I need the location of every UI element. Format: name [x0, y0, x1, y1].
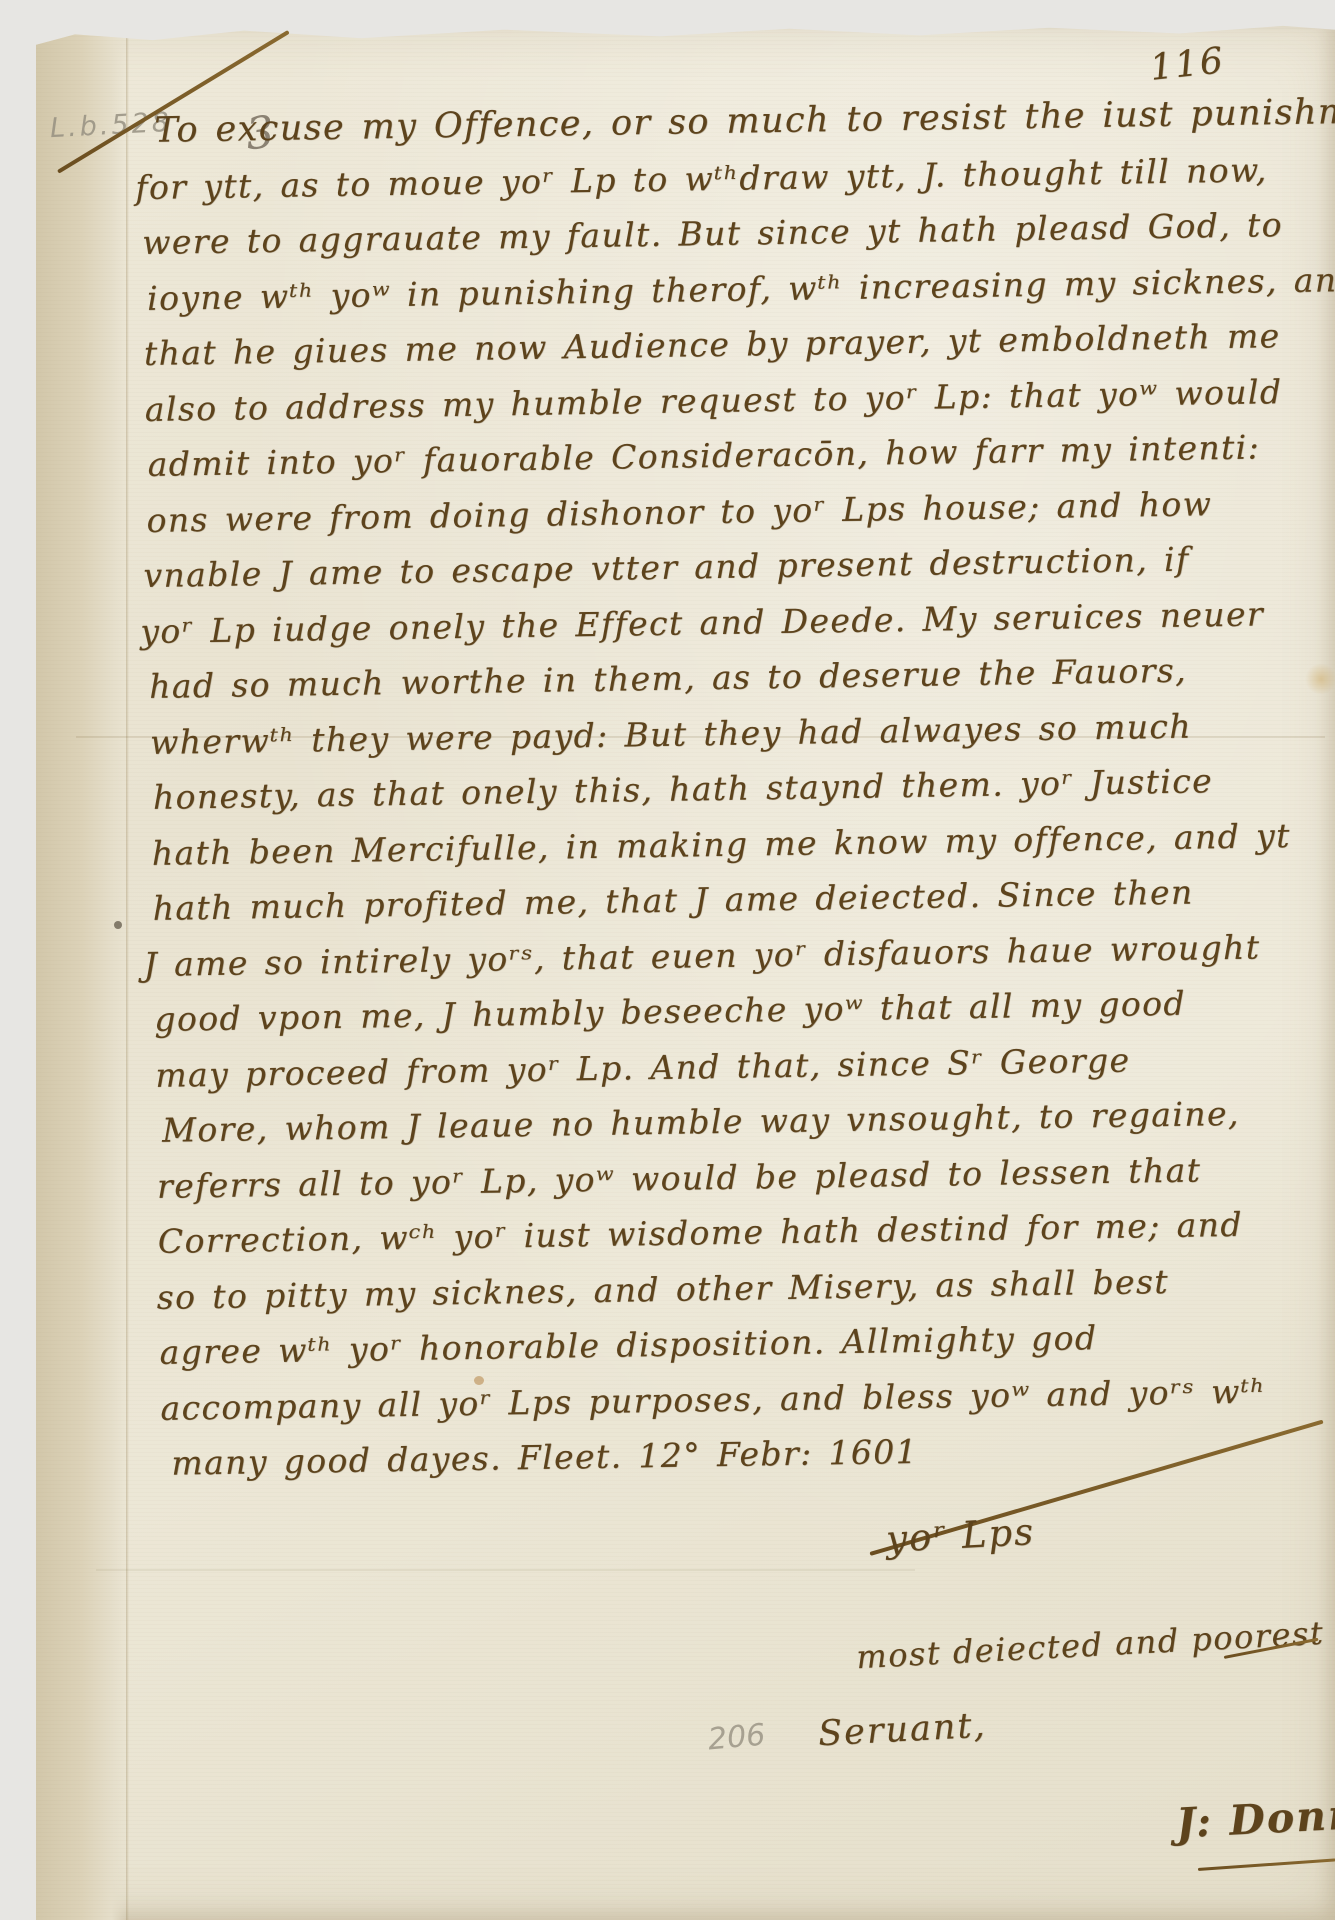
letter-body: To excuse my Offence, or so much to resi…	[140, 85, 1335, 1491]
signature: J: Donne	[1175, 1788, 1335, 1847]
page-left-edge	[36, 24, 128, 1920]
manuscript-scan: L.b.528 3 116 206 To excuse my Offence, …	[0, 0, 1335, 1920]
pencil-page-number: 206	[707, 1718, 767, 1758]
horizontal-crease	[96, 1569, 915, 1571]
folio-number: 116	[1148, 40, 1227, 89]
fold-crease	[126, 24, 129, 1920]
subscription: yoʳ Lps	[885, 1510, 1036, 1561]
